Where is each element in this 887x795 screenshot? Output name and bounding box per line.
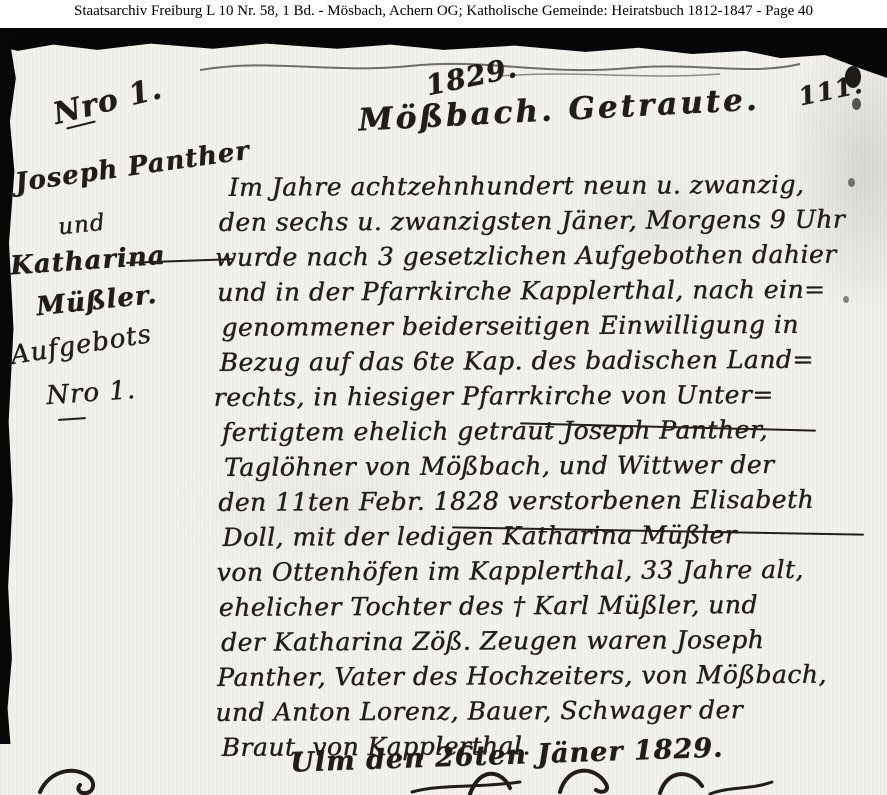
entry-line: ehelicher Tochter des † Karl Müßler, und	[219, 586, 887, 625]
margin-und: und	[57, 210, 107, 241]
margin-entry-number: Nro 1.	[49, 71, 165, 132]
entry-line: Doll, mit der ledigen Katharina Müßler	[222, 516, 887, 555]
entry-line: genommener beiderseitigen Einwilligung i…	[221, 306, 887, 345]
underline-stroke	[58, 417, 86, 421]
entry-line: rechts, in hiesiger Pfarrkirche von Unte…	[214, 376, 887, 415]
entry-body: Im Jahre achtzehnhundert neun u. zwanzig…	[226, 166, 887, 764]
margin-bride-surname: Müßler.	[35, 280, 159, 323]
next-entry-flourish	[36, 766, 116, 795]
manuscript-scan: 1829. Mößbach. Getraute. 111. Nro 1. Jos…	[0, 28, 887, 795]
archive-caption-bar: Staatsarchiv Freiburg L 10 Nr. 58, 1 Bd.…	[0, 0, 887, 28]
entry-line: und Anton Lorenz, Bauer, Schwager der	[215, 691, 887, 730]
entry-line: Bezug auf das 6te Kap. des badischen Lan…	[219, 341, 887, 380]
margin-banns-label: Aufgebots	[9, 319, 154, 371]
margin-groom-name: Joseph Panther	[13, 136, 252, 199]
entry-line: der Katharina Zöß. Zeugen waren Joseph	[221, 621, 887, 660]
entry-line: Panther, Vater des Hochzeiters, von Mößb…	[217, 656, 887, 695]
entry-line: Im Jahre achtzehnhundert neun u. zwanzig…	[228, 166, 887, 204]
archive-caption-text: Staatsarchiv Freiburg L 10 Nr. 58, 1 Bd.…	[74, 3, 813, 20]
page-title: Mößbach. Getraute.	[357, 82, 760, 139]
entry-line: den sechs u. zwanzigsten Jäner, Morgens …	[219, 201, 887, 240]
entry-line: und in der Pfarrkirche Kapplerthal, nach…	[217, 271, 887, 310]
entry-line: Taglöhner von Mößbach, und Wittwer der	[224, 446, 887, 485]
margin-banns-number: Nro 1.	[45, 375, 137, 411]
entry-line: wurde nach 3 gesetzlichen Aufgebothen da…	[215, 236, 887, 275]
entry-line: von Ottenhöfen im Kapplerthal, 33 Jahre …	[216, 551, 887, 590]
scan-edge-left	[0, 28, 18, 744]
entry-line: den 11ten Febr. 1828 verstorbenen Elisab…	[218, 481, 887, 520]
signature-fragment	[410, 764, 780, 795]
